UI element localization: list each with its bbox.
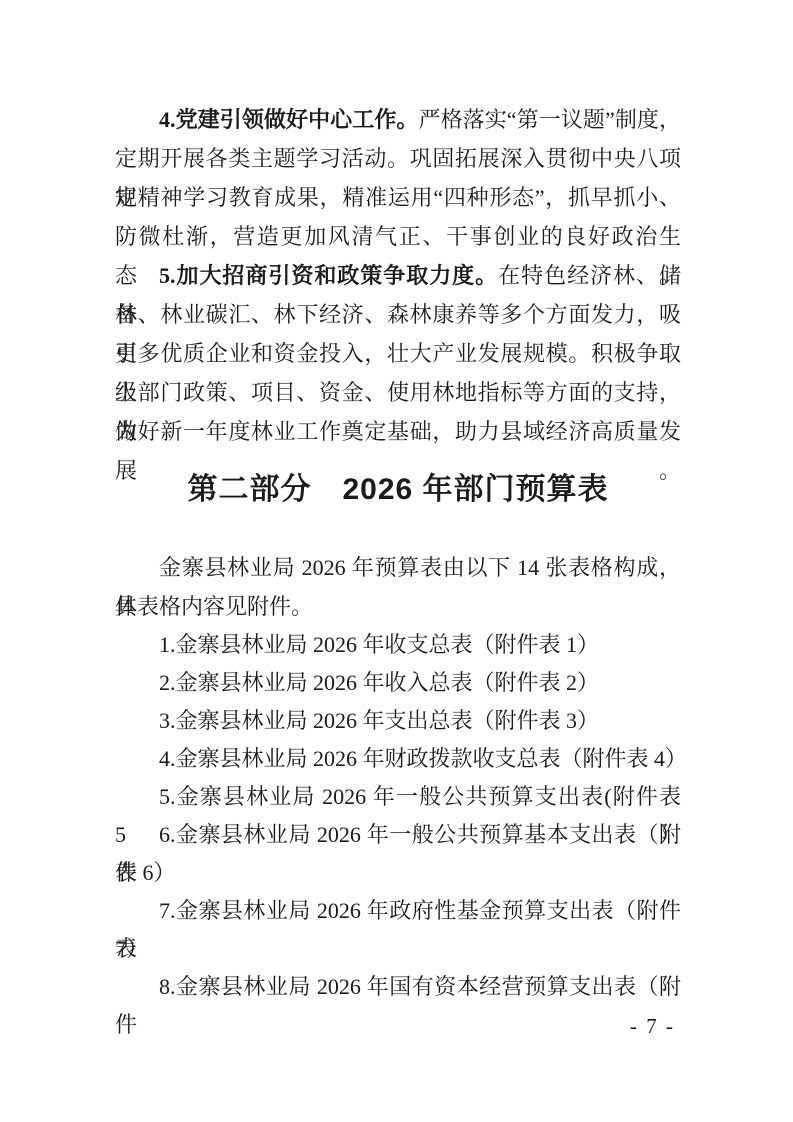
text-line: 体表格内容见附件。 — [115, 587, 681, 626]
text-line: 防微杜渐，营造更加风清气正、干事创业的良好政治生态。 — [115, 217, 681, 256]
text-line: 金寨县林业局 2026 年预算表由以下 14 张表格构成，具 — [115, 548, 681, 587]
page-content: 4.党建引领做好中心工作。严格落实“第一议题”制度，定期开展各类主题学习活动。巩… — [115, 100, 681, 1006]
text-line: 做好新一年度林业工作奠定基础，助力县域经济高质量发展。 — [115, 412, 681, 451]
page-number: - 7 - — [630, 1014, 675, 1038]
text-line: 林、林业碳汇、林下经济、森林康养等多个方面发力，吸引 — [115, 295, 681, 334]
intro-paragraph: 金寨县林业局 2026 年预算表由以下 14 张表格构成，具体表格内容见附件。 — [115, 548, 681, 626]
text-line: 5.加大招商引资和政策争取力度。在特色经济林、储备 — [115, 256, 681, 295]
text-line: 7） — [115, 930, 681, 968]
text-line: 8.金寨县林业局 2026 年国有资本经营预算支出表（附件 — [115, 968, 681, 1006]
text-line: 5.金寨县林业局 2026 年一般公共预算支出表(附件表 5） — [115, 778, 681, 816]
text-line: 4.金寨县林业局 2026 年财政拨款收支总表（附件表 4） — [115, 740, 681, 778]
bold-lead-text: 4.党建引领做好中心工作。 — [159, 107, 418, 132]
budget-document-page: 4.党建引领做好中心工作。严格落实“第一议题”制度，定期开展各类主题学习活动。巩… — [0, 0, 793, 1122]
section-heading: 第二部分 2026 年部门预算表 — [115, 469, 681, 511]
text-line: 定精神学习教育成果，精准运用“四种形态”，抓早抓小、 — [115, 178, 681, 217]
budget-table-list: 1.金寨县林业局 2026 年收支总表（附件表 1）2.金寨县林业局 2026 … — [115, 626, 681, 1006]
text-line: 表 6） — [115, 854, 681, 892]
text-line: 3.金寨县林业局 2026 年支出总表（附件表 3） — [115, 702, 681, 740]
text-line: 4.党建引领做好中心工作。严格落实“第一议题”制度， — [115, 100, 681, 139]
text-line: 级部门政策、项目、资金、使用林地指标等方面的支持，为 — [115, 373, 681, 412]
paragraph-investment-policy: 5.加大招商引资和政策争取力度。在特色经济林、储备林、林业碳汇、林下经济、森林康… — [115, 256, 681, 451]
text-line: 2.金寨县林业局 2026 年收入总表（附件表 2） — [115, 664, 681, 702]
bold-lead-text: 5.加大招商引资和政策争取力度。 — [159, 263, 498, 288]
text-line: 7.金寨县林业局 2026 年政府性基金预算支出表（附件表 — [115, 892, 681, 930]
paragraph-party-building: 4.党建引领做好中心工作。严格落实“第一议题”制度，定期开展各类主题学习活动。巩… — [115, 100, 681, 256]
text-line: 定期开展各类主题学习活动。巩固拓展深入贯彻中央八项规 — [115, 139, 681, 178]
text-line: 6.金寨县林业局 2026 年一般公共预算基本支出表（附件 — [115, 816, 681, 854]
text-line: 1.金寨县林业局 2026 年收支总表（附件表 1） — [115, 626, 681, 664]
text-line: 更多优质企业和资金投入，壮大产业发展规模。积极争取上 — [115, 334, 681, 373]
